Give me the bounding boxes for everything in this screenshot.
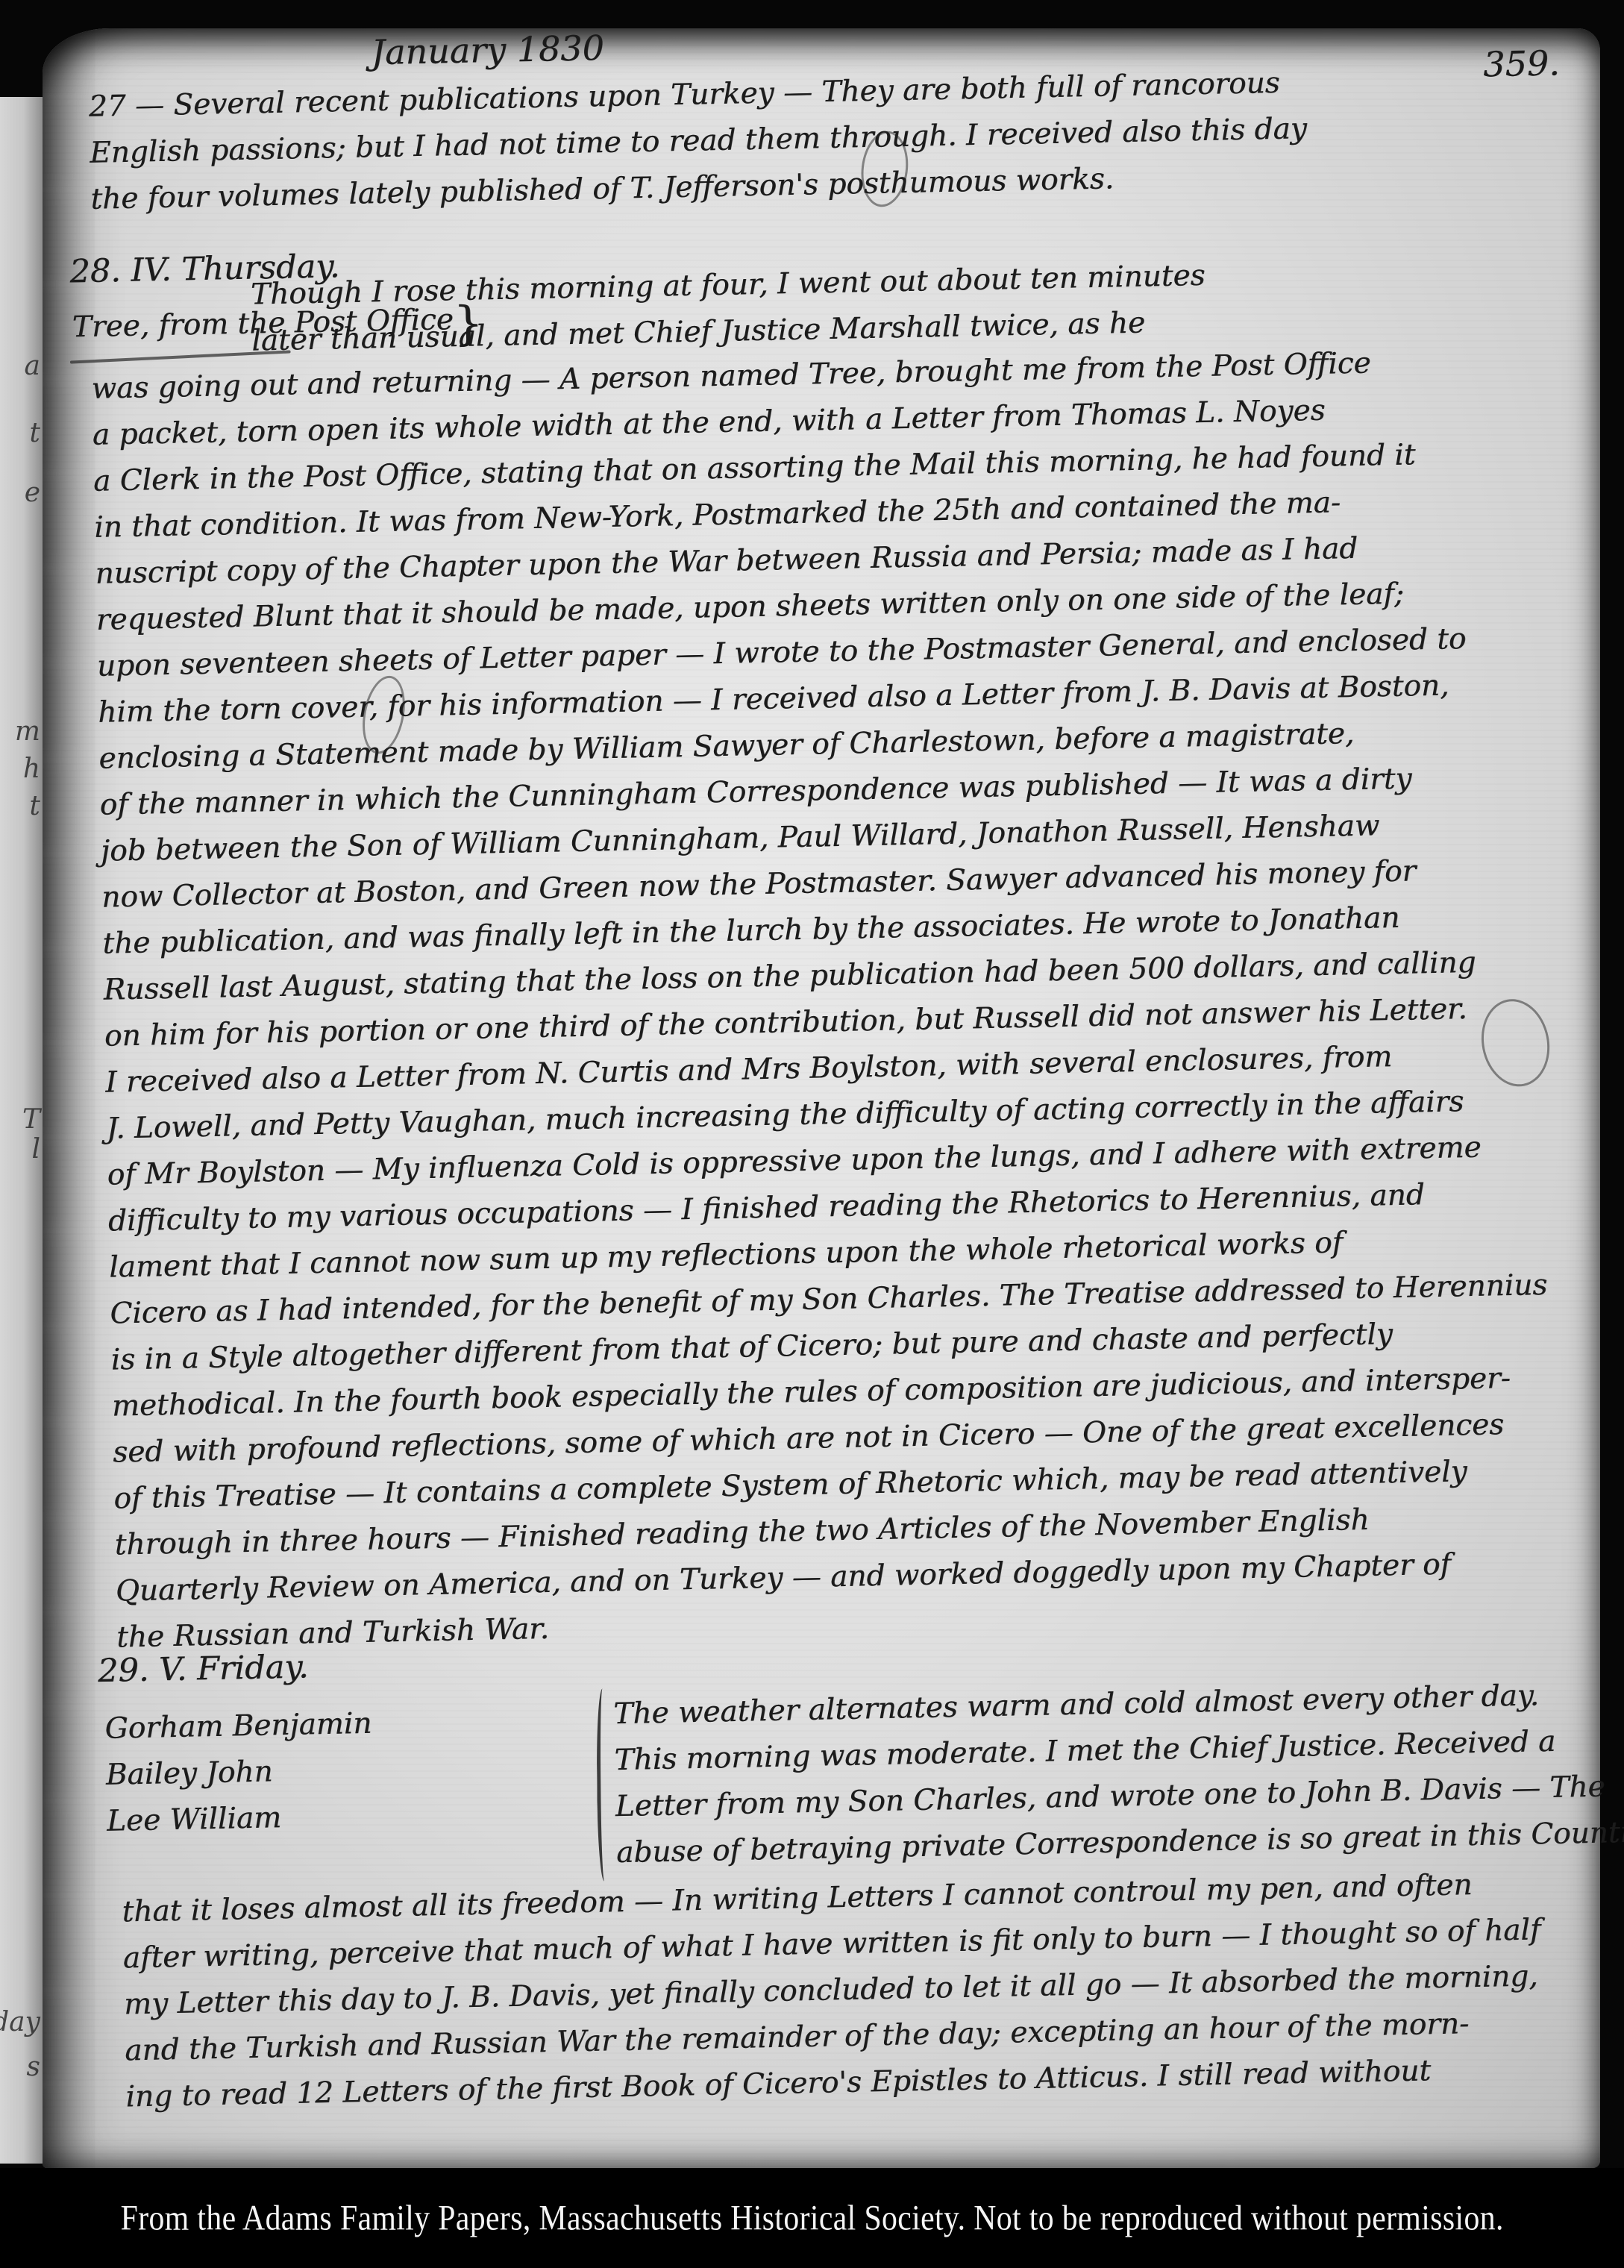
page-number: 359. [1483,43,1560,84]
caption-text: From the Adams Family Papers, Massachuse… [120,2198,1503,2238]
header-date: January 1830 [371,28,604,72]
entry-29-opening-lines: The weather alternates warm and cold alm… [613,1670,1624,1876]
scan-canvas: a t e m h t T l day s January 1830 359. … [0,0,1624,2268]
entry-27-block: 27 — Several recent publications upon Tu… [88,60,1308,223]
caption-bar: From the Adams Family Papers, Massachuse… [0,2168,1624,2268]
margin-brace-line [596,1688,612,1881]
margin-name: Bailey John [105,1747,373,1799]
margin-name: Gorham Benjamin [104,1701,372,1752]
entry-29-body: that it loses almost all its freedom — I… [122,1861,1544,2120]
gutter-fragment: l [31,1134,40,1165]
entry-29-heading: 29. V. Friday. [98,1648,309,1690]
gutter-fragment: day [0,2007,40,2037]
diary-page: January 1830 359. 27 — Several recent pu… [43,28,1600,2168]
gutter-fragment: T [22,1104,40,1135]
entry-28-body: was going out and returning — A person n… [91,337,1555,1661]
gutter-fragment: s [27,2052,40,2082]
entry-29-margin-names: Gorham Benjamin Bailey John Lee William [104,1701,374,1845]
page-content: January 1830 359. 27 — Several recent pu… [22,0,1622,2170]
margin-name: Lee William [107,1794,374,1845]
